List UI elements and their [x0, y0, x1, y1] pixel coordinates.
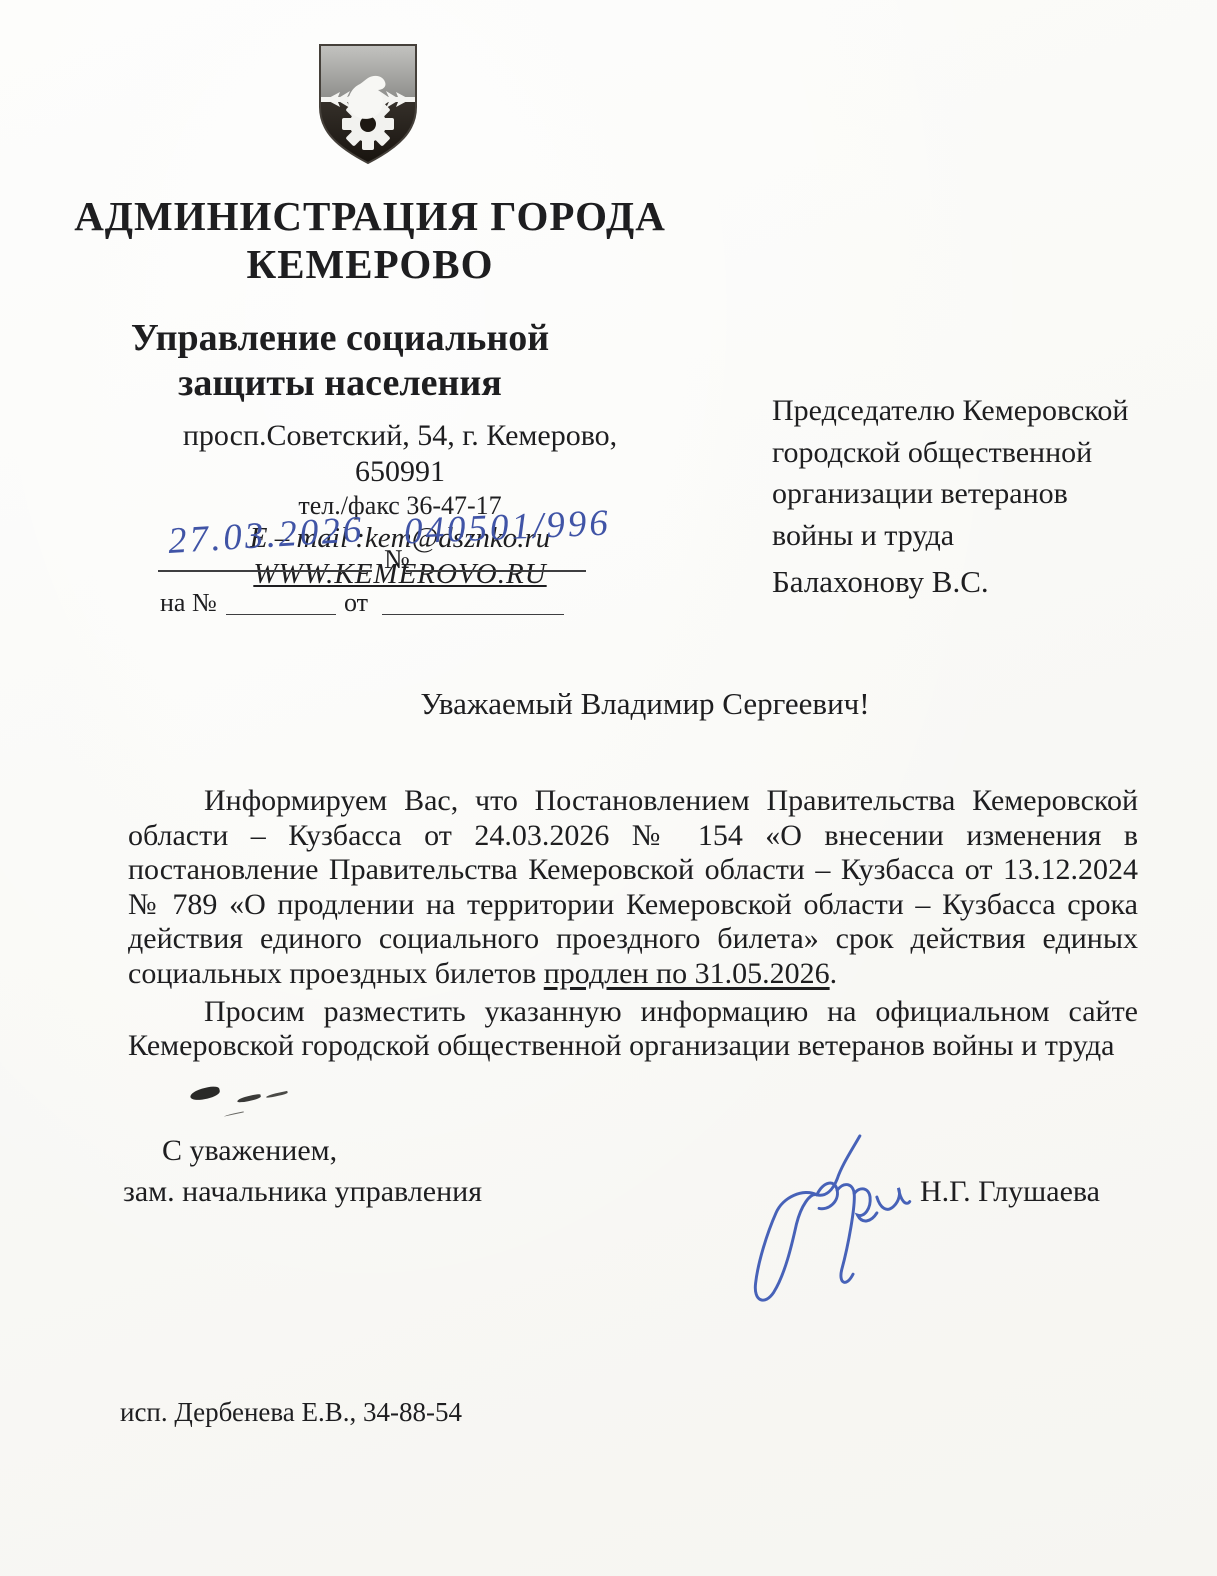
org-name-line2: КЕМЕРОВО	[60, 240, 680, 288]
paragraph1-underlined-deadline: продлен по 31.05.2026	[544, 957, 830, 990]
scanned-letter-page: АДМИНИСТРАЦИЯ ГОРОДА КЕМЕРОВО Управление…	[0, 0, 1217, 1576]
department-name-line2: защиты населения	[90, 361, 590, 406]
letter-body: Информируем Вас, что Постановлением Прав…	[128, 784, 1138, 1064]
reply-to-number-label: на №	[160, 588, 217, 618]
reply-from-date-label: от	[344, 588, 368, 618]
signer-name: Н.Г. Глушаева	[920, 1175, 1100, 1209]
body-paragraph-2: Просим разместить указанную информацию н…	[128, 995, 1138, 1064]
closing-phrase: С уважением,	[162, 1134, 337, 1168]
number-blank-line	[406, 570, 586, 572]
salutation: Уважаемый Владимир Сергеевич!	[245, 686, 1045, 722]
recipient-line: городской общественной	[772, 432, 1182, 474]
org-name-line1: АДМИНИСТРАЦИЯ ГОРОДА	[60, 192, 680, 240]
department-name-line1: Управление социальной	[90, 316, 590, 361]
recipient-line: организации ветеранов	[772, 473, 1182, 515]
executor-info: исп. Дербенева Е.В., 34-88-54	[120, 1397, 462, 1428]
department-name: Управление социальной защиты населения	[90, 316, 590, 406]
signer-position: зам. начальника управления	[123, 1175, 482, 1209]
handwritten-signature	[742, 1122, 912, 1322]
recipient-address-block: Председателю Кемеровской городской общес…	[772, 390, 1182, 556]
reply-date-blank-line	[382, 614, 564, 615]
recipient-line: войны и труда	[772, 515, 1182, 557]
ink-smudge-artifact	[189, 1085, 221, 1102]
recipient-name: Балахонову В.С.	[772, 564, 989, 600]
body-paragraph-1: Информируем Вас, что Постановлением Прав…	[128, 784, 1138, 992]
paragraph1-period: .	[830, 957, 838, 990]
postal-address: просп.Советский, 54, г. Кемерово, 650991	[140, 418, 660, 490]
recipient-line: Председателю Кемеровской	[772, 390, 1182, 432]
handwritten-outgoing-number: 040501/996	[403, 502, 611, 554]
org-name: АДМИНИСТРАЦИЯ ГОРОДА КЕМЕРОВО	[60, 192, 680, 288]
date-blank-line	[158, 570, 372, 572]
reply-number-blank-line	[226, 614, 336, 615]
kemerovo-coat-of-arms-icon	[314, 42, 422, 168]
